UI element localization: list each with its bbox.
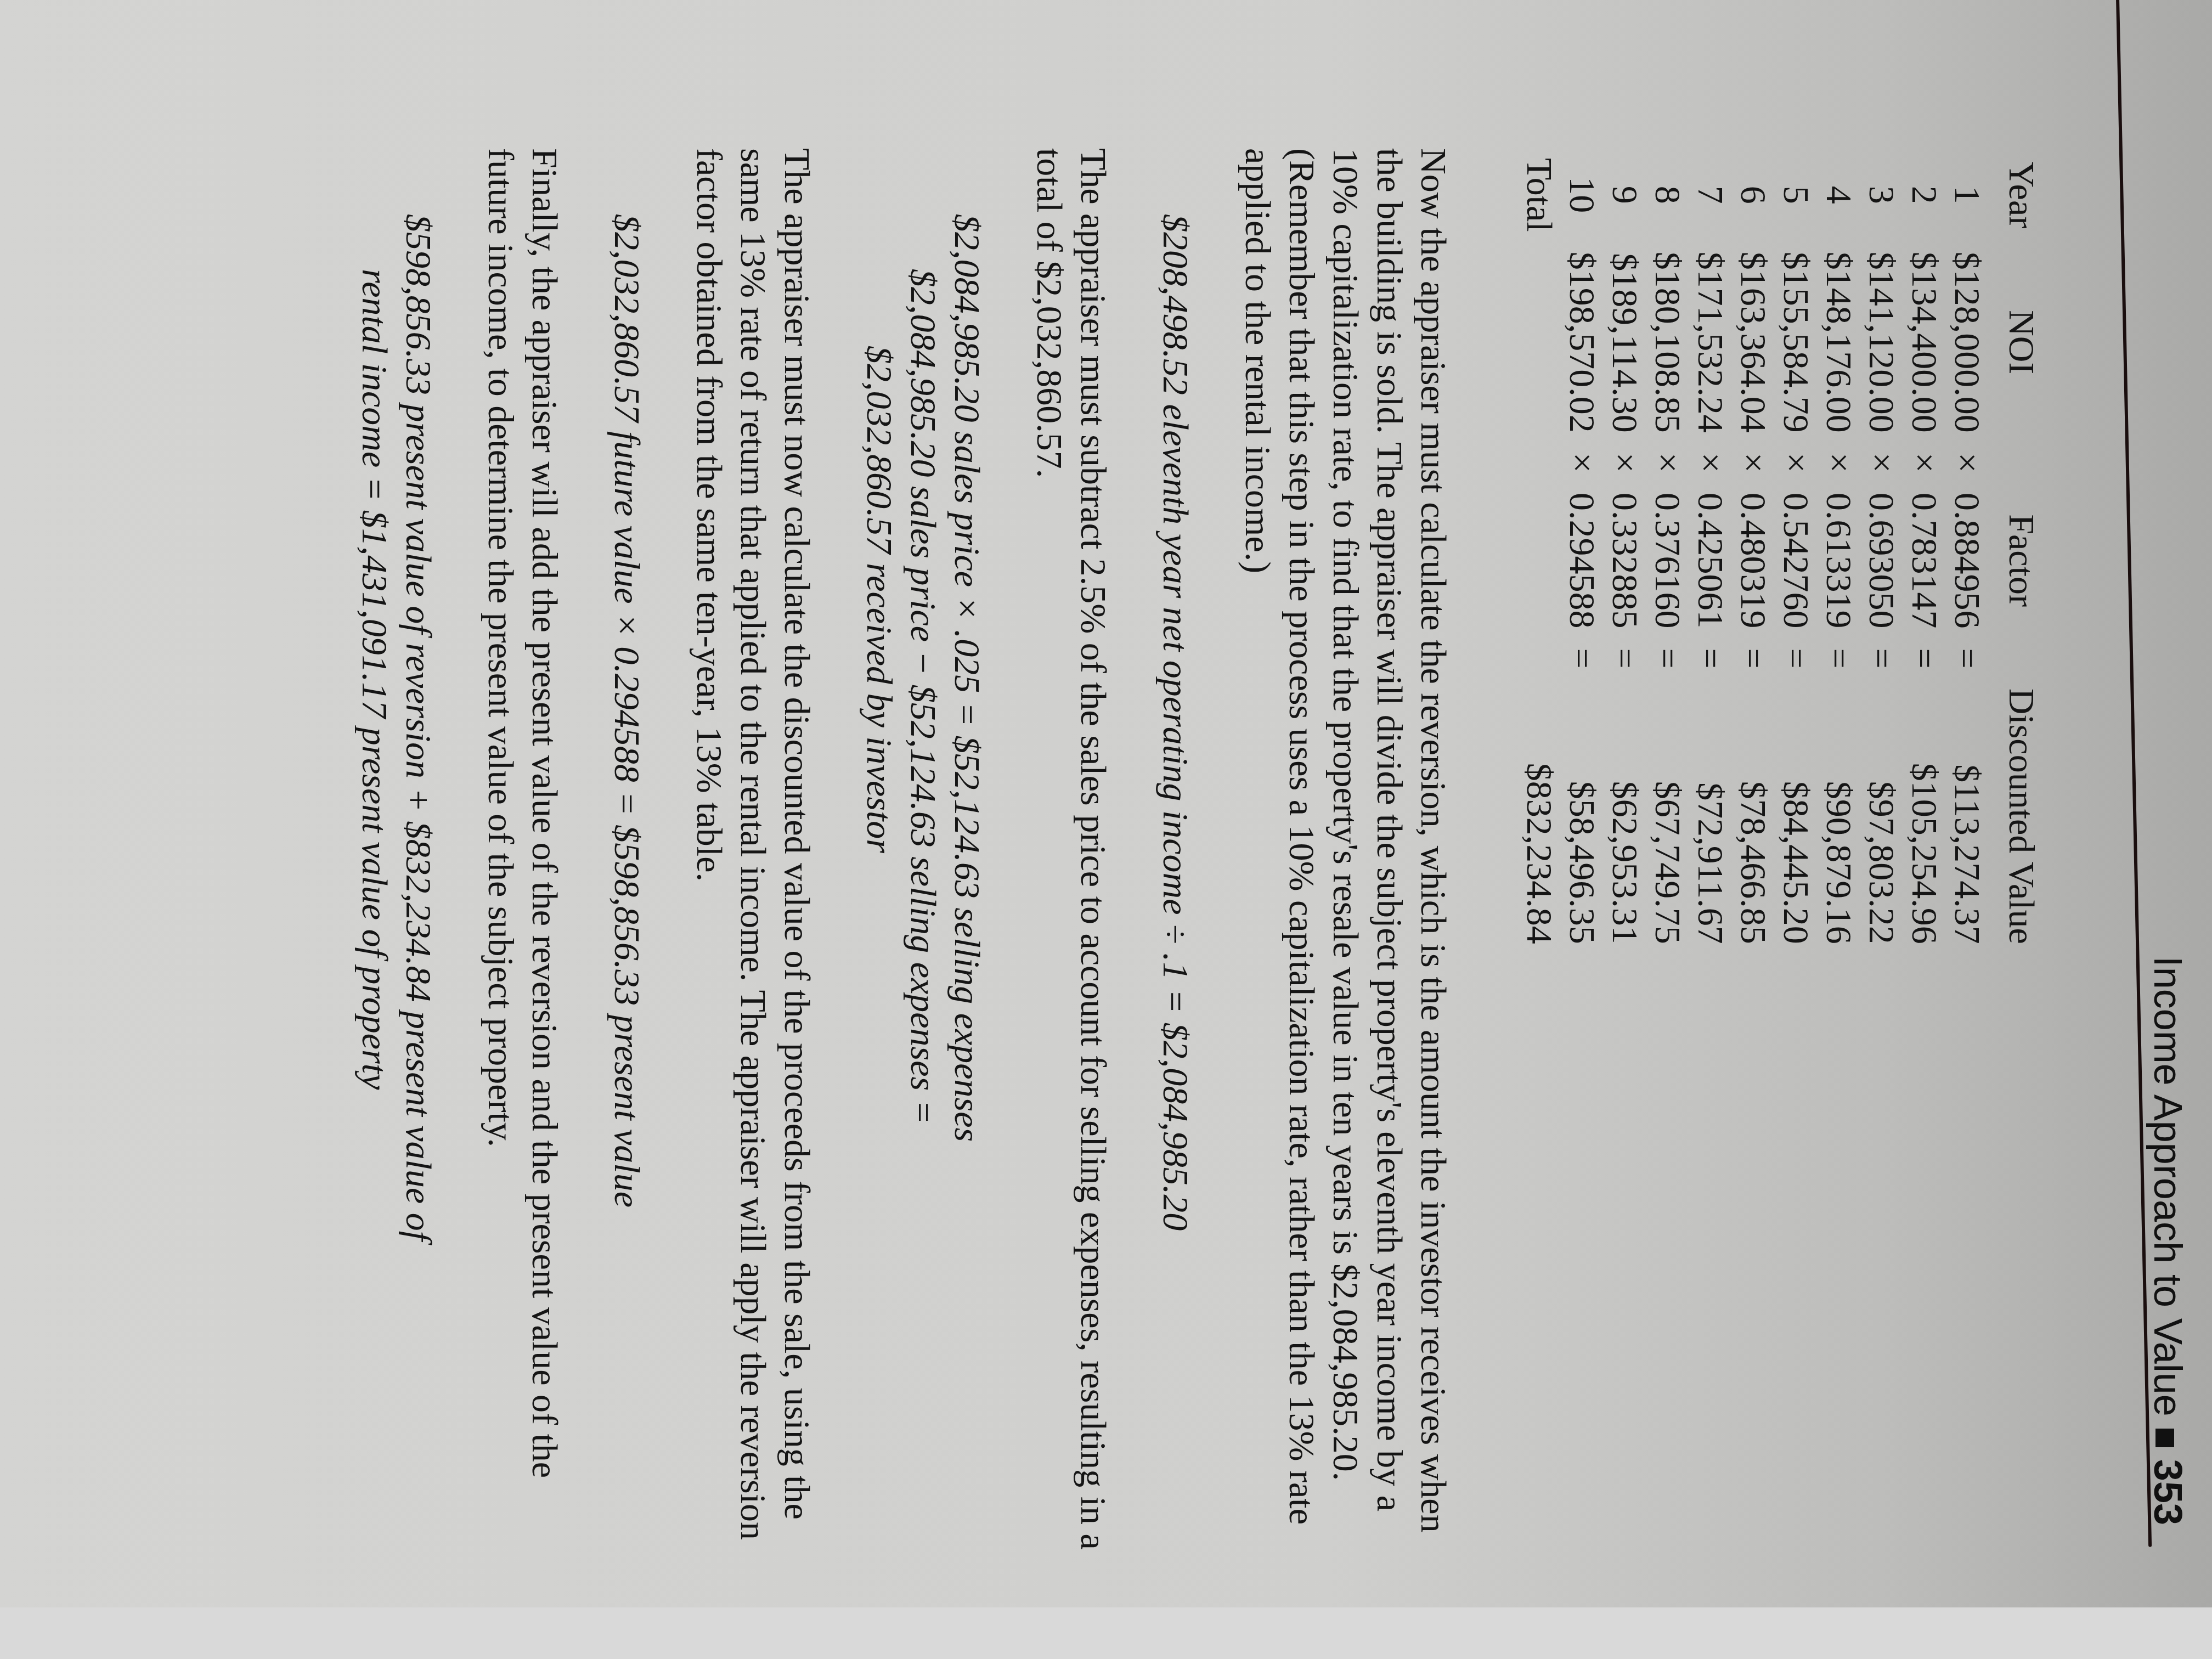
cell-op: ×	[1817, 443, 1860, 483]
cell-op: ×	[1774, 443, 1817, 483]
cell-op: ×	[1860, 443, 1903, 483]
cell-eq: =	[1731, 638, 1774, 678]
equation-selling-expenses: $2,084,985.20 sales price × .025 = $52,1…	[945, 214, 989, 1553]
equation-total-2: rental income = $1,431,091.17 present va…	[352, 269, 396, 1553]
cell-factor: 0.376160	[1646, 483, 1689, 639]
cell-factor: 0.783147	[1903, 483, 1945, 639]
running-head: Income Approach to Value353	[2145, 956, 2190, 1525]
table-total-row: Total$832,234.84	[1517, 148, 1560, 954]
cell-value: $67,749.75	[1646, 679, 1689, 954]
table-surface	[0, 1607, 2212, 1659]
total-value: $832,234.84	[1517, 679, 1560, 954]
cell-op: ×	[1646, 443, 1689, 483]
cell-factor: 0.542760	[1774, 483, 1817, 639]
empty-cell	[1517, 242, 1560, 443]
equation-present-value: $2,032,860.57 future value × 0.294588 = …	[605, 214, 648, 1553]
table-row: 9$189,114.30×0.332885=$62,953.31	[1603, 148, 1646, 954]
paragraph-final: Finally, the appraiser will add the pres…	[478, 148, 566, 1553]
equation-total-1: $598,856.33 present value of reversion +…	[396, 214, 440, 1553]
cell-eq: =	[1689, 638, 1731, 678]
cell-factor: 0.294588	[1560, 483, 1603, 639]
paragraph-reversion: Now the appraiser must calculate the rev…	[1235, 148, 1455, 1553]
cell-value: $62,953.31	[1603, 679, 1646, 954]
cell-noi: $155,584.79	[1774, 242, 1817, 443]
table-row: 3$141,120.00×0.693050=$97,803.22	[1860, 148, 1903, 954]
cell-year: 5	[1774, 148, 1817, 242]
header-rule	[2115, 0, 2152, 1547]
col-factor: Factor	[1988, 483, 2042, 639]
equation-net-sale: $2,084,985.20 sales price − $52,124.63 s…	[901, 269, 945, 1553]
cell-noi: $198,570.02	[1560, 242, 1603, 443]
cell-year: 7	[1689, 148, 1731, 242]
equation-reversion: $208,498.52 eleventh year net operating …	[1153, 214, 1197, 1553]
page-number: 353	[2146, 1459, 2190, 1525]
cell-noi: $189,114.30	[1603, 242, 1646, 443]
empty-cell	[1517, 443, 1560, 483]
cell-noi: $180,108.85	[1646, 242, 1689, 443]
cell-eq: =	[1774, 638, 1817, 678]
book-page: Income Approach to Value353 Year NOI Fac…	[292, 0, 2212, 1591]
cell-year: 6	[1731, 148, 1774, 242]
cell-eq: =	[1603, 638, 1646, 678]
cell-noi: $163,364.04	[1731, 242, 1774, 443]
paragraph-selling-expenses: The appraiser must subtract 2.5% of the …	[1027, 148, 1115, 1553]
cell-factor: 0.884956	[1945, 483, 1988, 639]
cell-eq: =	[1860, 638, 1903, 678]
table-row: 6$163,364.04×0.480319=$78,466.85	[1731, 148, 1774, 954]
cell-value: $78,466.85	[1731, 679, 1774, 954]
cell-noi: $141,120.00	[1860, 242, 1903, 443]
cell-value: $72,911.67	[1689, 679, 1731, 954]
cell-year: 10	[1560, 148, 1603, 242]
cell-eq: =	[1903, 638, 1945, 678]
cell-factor: 0.613319	[1817, 483, 1860, 639]
table-row: 1$128,000.00×0.884956=$113,274.37	[1945, 148, 1988, 954]
cell-year: 3	[1860, 148, 1903, 242]
cell-value: $58,496.35	[1560, 679, 1603, 954]
cell-noi: $171,532.24	[1689, 242, 1731, 443]
paragraph-discount-reversion: The appraiser must now calculate the dis…	[687, 148, 819, 1553]
cell-value: $84,445.20	[1774, 679, 1817, 954]
cell-eq: =	[1817, 638, 1860, 678]
cell-noi: $134,400.00	[1903, 242, 1945, 443]
cell-noi: $128,000.00	[1945, 242, 1988, 443]
cell-value: $105,254.96	[1903, 679, 1945, 954]
square-bullet-icon	[2155, 1429, 2174, 1447]
cell-value: $113,274.37	[1945, 679, 1988, 954]
cell-year: 2	[1903, 148, 1945, 242]
table-row: 2$134,400.00×0.783147=$105,254.96	[1903, 148, 1945, 954]
table-row: 7$171,532.24×0.425061=$72,911.67	[1689, 148, 1731, 954]
cell-op: ×	[1731, 443, 1774, 483]
table-header-row: Year NOI Factor Discounted Value	[1988, 148, 2042, 954]
cell-year: 4	[1817, 148, 1860, 242]
col-noi: NOI	[1988, 242, 2042, 443]
total-label: Total	[1517, 148, 1560, 242]
table-row: 8$180,108.85×0.376160=$67,749.75	[1646, 148, 1689, 954]
cell-op: ×	[1689, 443, 1731, 483]
table-row: 10$198,570.02×0.294588=$58,496.35	[1560, 148, 1603, 954]
cell-value: $90,879.16	[1817, 679, 1860, 954]
empty-cell	[1517, 483, 1560, 639]
col-discounted-value: Discounted Value	[1988, 679, 2042, 954]
cell-op: ×	[1560, 443, 1603, 483]
equation-received: $2,032,860.57 received by investor	[857, 346, 901, 1553]
cell-op: ×	[1603, 443, 1646, 483]
running-title: Income Approach to Value	[2146, 956, 2190, 1417]
body-text: Now the appraiser must calculate the rev…	[352, 148, 1455, 1553]
cell-noi: $148,176.00	[1817, 242, 1860, 443]
cell-factor: 0.693050	[1860, 483, 1903, 639]
cell-eq: =	[1646, 638, 1689, 678]
col-year: Year	[1988, 148, 2042, 242]
cell-factor: 0.480319	[1731, 483, 1774, 639]
cell-factor: 0.425061	[1689, 483, 1731, 639]
discounted-value-table: Year NOI Factor Discounted Value 1$128,0…	[1517, 148, 2042, 954]
col-eq	[1988, 638, 2042, 678]
cell-eq: =	[1560, 638, 1603, 678]
cell-factor: 0.332885	[1603, 483, 1646, 639]
table-row: 5$155,584.79×0.542760=$84,445.20	[1774, 148, 1817, 954]
cell-year: 1	[1945, 148, 1988, 242]
cell-year: 9	[1603, 148, 1646, 242]
table-row: 4$148,176.00×0.613319=$90,879.16	[1817, 148, 1860, 954]
empty-cell	[1517, 638, 1560, 678]
cell-op: ×	[1945, 443, 1988, 483]
cell-year: 8	[1646, 148, 1689, 242]
col-op	[1988, 443, 2042, 483]
cell-op: ×	[1903, 443, 1945, 483]
cell-value: $97,803.22	[1860, 679, 1903, 954]
cell-eq: =	[1945, 638, 1988, 678]
